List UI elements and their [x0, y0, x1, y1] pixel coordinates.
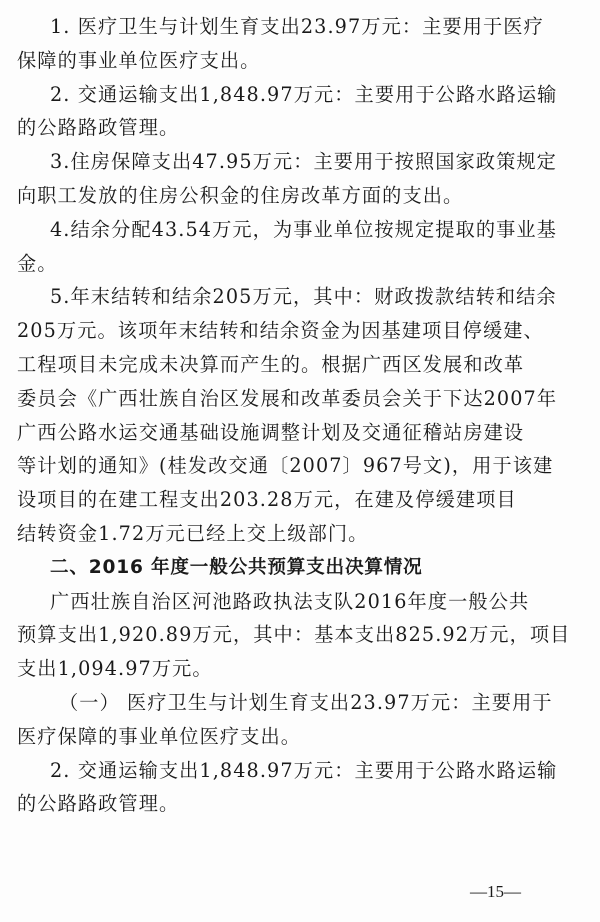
- paragraph-line: 设项目的在建工程支出203.28万元，在建及停缓建项目: [17, 483, 587, 517]
- document-page: 1. 医疗卫生与计划生育支出23.97万元：主要用于医疗 保障的事业单位医疗支出…: [0, 0, 600, 922]
- paragraph-line: 4.结余分配43.54万元，为事业单位按规定提取的事业基: [17, 213, 587, 247]
- paragraph-line: 预算支出1,920.89万元，其中：基本支出825.92万元，项目: [17, 618, 587, 652]
- paragraph-line: 向职工发放的住房公积金的住房改革方面的支出。: [17, 179, 587, 213]
- paragraph-line: 2. 交通运输支出1,848.97万元：主要用于公路水路运输: [17, 754, 587, 788]
- paragraph-line: 5.年末结转和结余205万元，其中：财政拨款结转和结余: [17, 280, 587, 314]
- paragraph-line: 金。: [17, 247, 587, 281]
- paragraph-line: 的公路路政管理。: [17, 111, 587, 145]
- paragraph-line: 的公路路政管理。: [17, 787, 587, 821]
- paragraph-line: （一） 医疗卫生与计划生育支出23.97万元：主要用于: [17, 686, 587, 720]
- paragraph-line: 医疗保障的事业单位医疗支出。: [17, 720, 587, 754]
- paragraph-line: 1. 医疗卫生与计划生育支出23.97万元：主要用于医疗: [17, 10, 587, 44]
- paragraph-line: 委员会《广西壮族自治区发展和改革委员会关于下达2007年: [17, 382, 587, 416]
- document-body: 1. 医疗卫生与计划生育支出23.97万元：主要用于医疗 保障的事业单位医疗支出…: [17, 10, 587, 821]
- paragraph-line: 3.住房保障支出47.95万元：主要用于按照国家政策规定: [17, 145, 587, 179]
- section-heading: 二、2016 年度一般公共预算支出决算情况: [17, 551, 587, 585]
- page-number: —15—: [470, 882, 521, 902]
- paragraph-line: 广西公路水运交通基础设施调整计划及交通征稽站房建设: [17, 416, 587, 450]
- paragraph-line: 205万元。该项年末结转和结余资金为因基建项目停缓建、: [17, 314, 587, 348]
- paragraph-line: 2. 交通运输支出1,848.97万元：主要用于公路水路运输: [17, 78, 587, 112]
- paragraph-line: 等计划的通知》(桂发改交通〔2007〕967号文)，用于该建: [17, 449, 587, 483]
- paragraph-line: 广西壮族自治区河池路政执法支队2016年度一般公共: [17, 585, 587, 619]
- paragraph-line: 支出1,094.97万元。: [17, 652, 587, 686]
- paragraph-line: 工程项目未完成未决算而产生的。根据广西区发展和改革: [17, 348, 587, 382]
- paragraph-line: 保障的事业单位医疗支出。: [17, 44, 587, 78]
- paragraph-line: 结转资金1.72万元已经上交上级部门。: [17, 517, 587, 551]
